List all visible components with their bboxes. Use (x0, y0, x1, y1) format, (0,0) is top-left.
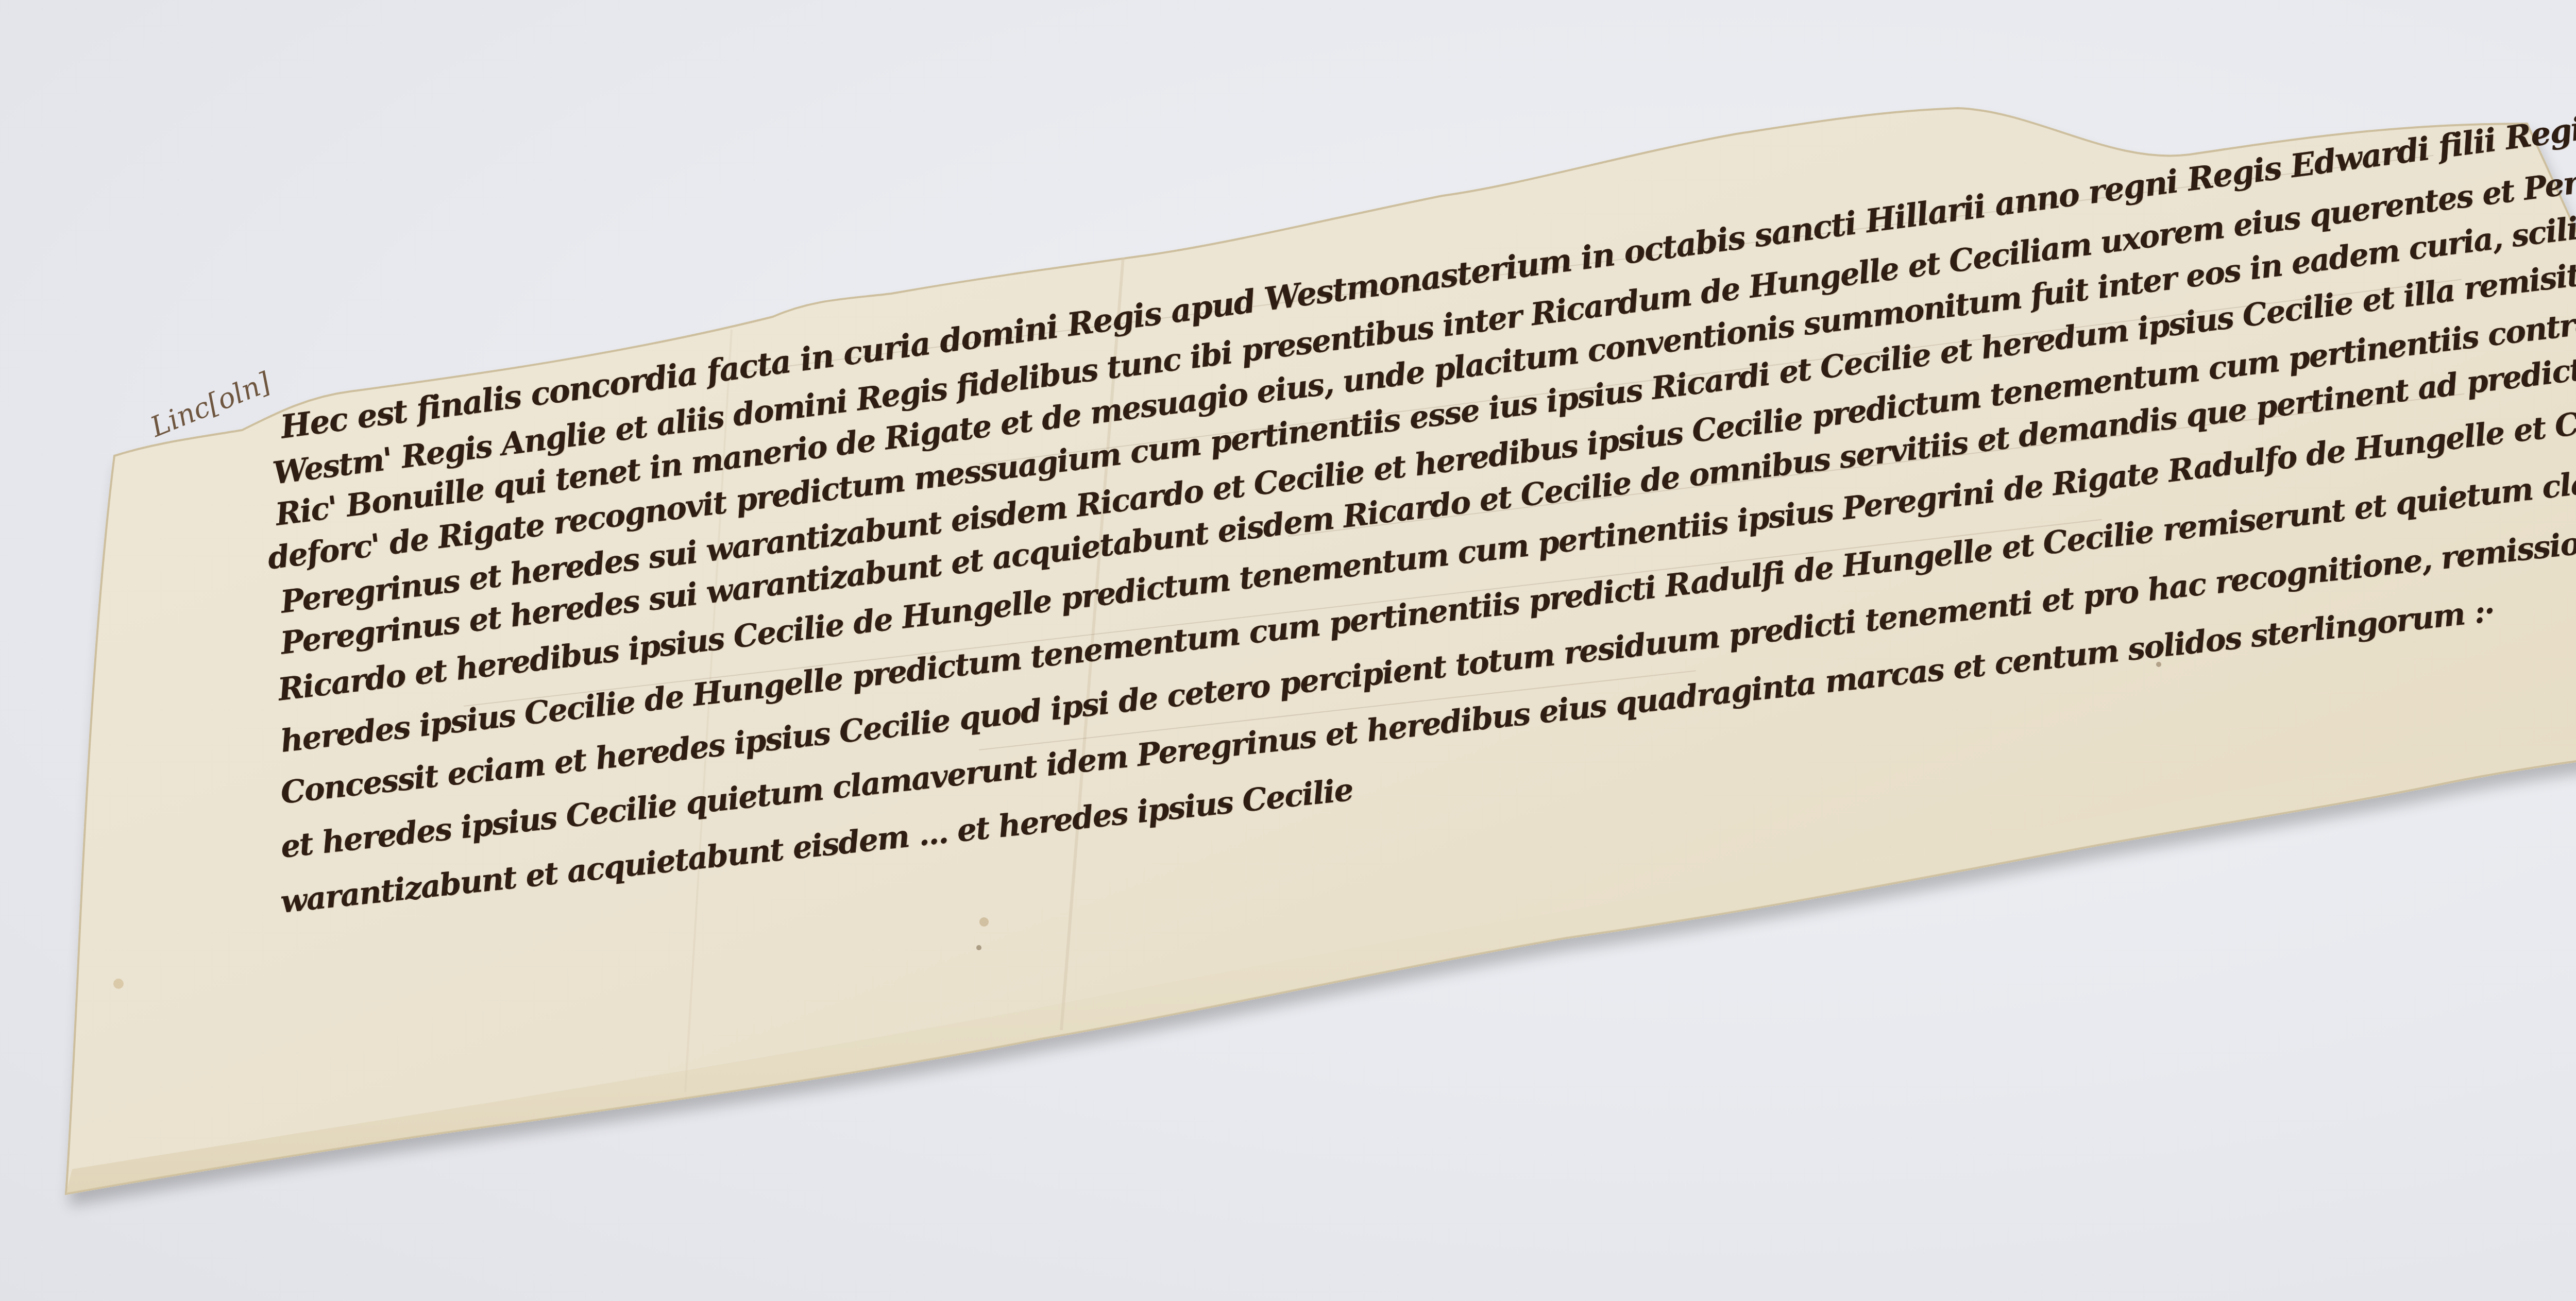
parchment-outline (66, 108, 2576, 1194)
stain (113, 979, 124, 989)
photo-background: Hec est finalis concordia facta in curia… (0, 0, 2576, 1301)
stain (976, 945, 981, 950)
parchment-sheet (0, 0, 2576, 1301)
stain (979, 917, 989, 927)
stain (2156, 662, 2161, 667)
